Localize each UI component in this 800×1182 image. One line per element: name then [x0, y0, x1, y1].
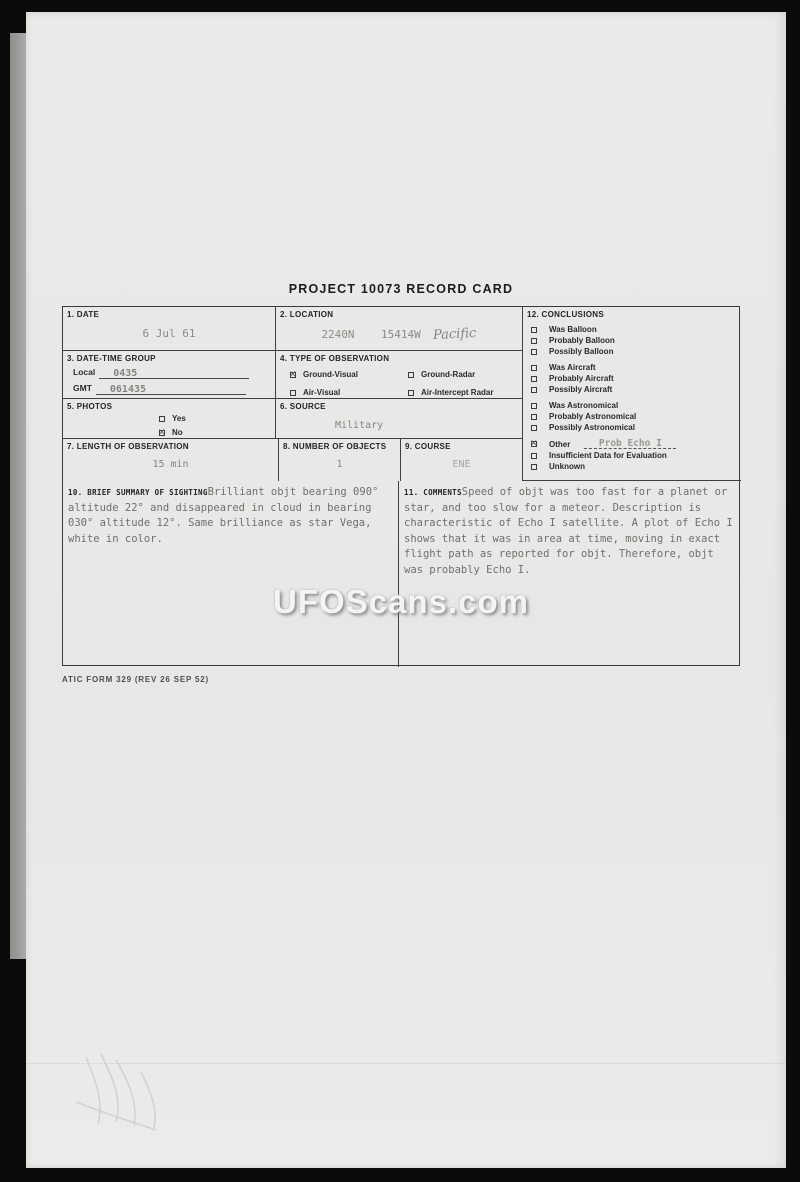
- checkbox-air-intercept-radar: [408, 390, 414, 396]
- conclusion-possibly-aircraft: Possibly Aircraft: [531, 385, 737, 394]
- checkbox-photos-no: [159, 430, 165, 436]
- conclusion-label: Was Astronomical: [549, 401, 618, 410]
- conclusion-label: Insufficient Data for Evaluation: [549, 451, 667, 460]
- checkbox-other: [531, 441, 537, 447]
- scanned-document: PROJECT 10073 RECORD CARD 1. DATE 6 Jul …: [0, 0, 800, 1182]
- field-photos: 5. PHOTOS Yes No: [63, 399, 276, 439]
- field-summary-label: 10. BRIEF SUMMARY OF SIGHTING: [68, 488, 208, 497]
- field-date-time-group: 3. DATE-TIME GROUP Local0435 GMT061435: [63, 351, 276, 399]
- checkbox-probably-balloon: [531, 338, 537, 344]
- field-location-coords: 2240N 15414W: [321, 328, 420, 341]
- conclusion-other-value: Prob Echo I: [584, 439, 676, 449]
- field-numobj-label: 8. NUMBER OF OBJECTS: [283, 442, 396, 451]
- option-label: Air-Intercept Radar: [421, 388, 493, 397]
- conclusion-label: Probably Balloon: [549, 336, 615, 345]
- field-type-of-observation: 4. TYPE OF OBSERVATION Ground-Visual Gro…: [276, 351, 523, 399]
- field-course: 9. COURSE ENE: [401, 439, 523, 481]
- option-photos-no: No: [159, 428, 271, 437]
- dtg-local-label: Local: [73, 367, 95, 377]
- dtg-gmt-label: GMT: [73, 383, 92, 393]
- conclusion-was-aircraft: Was Aircraft: [531, 363, 737, 372]
- field-photos-label: 5. PHOTOS: [67, 402, 271, 411]
- option-label: Ground-Visual: [303, 370, 358, 379]
- field-source-value: Military: [335, 420, 518, 431]
- conclusion-probably-astronomical: Probably Astronomical: [531, 412, 737, 421]
- checkbox-possibly-aircraft: [531, 387, 537, 393]
- field-comments-label: 11. COMMENTS: [404, 488, 462, 497]
- checkbox-possibly-balloon: [531, 349, 537, 355]
- conclusion-label: Probably Astronomical: [549, 412, 636, 421]
- field-source-label: 6. SOURCE: [280, 402, 518, 411]
- field-course-label: 9. COURSE: [405, 442, 518, 451]
- option-photos-yes: Yes: [159, 414, 271, 423]
- conclusion-other: OtherProb Echo I: [531, 439, 737, 449]
- field-dtg-label: 3. DATE-TIME GROUP: [67, 354, 271, 363]
- conclusion-label: Unknown: [549, 462, 585, 471]
- field-comments-text: Speed of objt was too fast for a planet …: [404, 486, 733, 576]
- field-brief-summary: 10. BRIEF SUMMARY OF SIGHTINGBrilliant o…: [63, 481, 399, 667]
- conclusion-was-astronomical: Was Astronomical: [531, 401, 737, 410]
- field-comments: 11. COMMENTSSpeed of objt was too fast f…: [399, 481, 741, 667]
- option-air-intercept-radar: Air-Intercept Radar: [408, 388, 518, 397]
- dtg-local-value: 0435: [113, 368, 137, 379]
- watermark: UFOScans.com: [62, 583, 740, 621]
- field-source: 6. SOURCE Military: [276, 399, 523, 439]
- page-title: PROJECT 10073 RECORD CARD: [62, 282, 740, 296]
- conclusion-was-balloon: Was Balloon: [531, 325, 737, 334]
- field-length-value: 15 min: [67, 459, 274, 470]
- field-date-label: 1. DATE: [67, 310, 271, 319]
- checkbox-insufficient-data: [531, 453, 537, 459]
- field-location-handwritten: Pacific: [433, 326, 477, 343]
- conclusion-label: Possibly Aircraft: [549, 385, 612, 394]
- checkbox-possibly-astronomical: [531, 425, 537, 431]
- option-label: Air-Visual: [303, 388, 340, 397]
- conclusion-label: Possibly Astronomical: [549, 423, 635, 432]
- field-conclusions-label: 12. CONCLUSIONS: [527, 310, 737, 319]
- pencil-scribbles: [46, 1042, 266, 1142]
- checkbox-was-balloon: [531, 327, 537, 333]
- conclusion-label: Was Aircraft: [549, 363, 596, 372]
- field-date: 1. DATE 6 Jul 61: [63, 307, 276, 351]
- field-location-label: 2. LOCATION: [280, 310, 518, 319]
- option-label: Ground-Radar: [421, 370, 475, 379]
- record-card-page: PROJECT 10073 RECORD CARD 1. DATE 6 Jul …: [26, 12, 786, 1168]
- field-length-of-observation: 7. LENGTH OF OBSERVATION 15 min: [63, 439, 279, 481]
- option-ground-radar: Ground-Radar: [408, 370, 518, 379]
- checkbox-probably-astronomical: [531, 414, 537, 420]
- checkbox-ground-radar: [408, 372, 414, 378]
- conclusion-probably-aircraft: Probably Aircraft: [531, 374, 737, 383]
- option-air-visual: Air-Visual: [290, 388, 408, 397]
- field-date-value: 6 Jul 61: [67, 327, 271, 340]
- conclusion-label: Was Balloon: [549, 325, 597, 334]
- option-label: No: [172, 428, 183, 437]
- conclusion-label: Other: [549, 440, 570, 449]
- field-type-label: 4. TYPE OF OBSERVATION: [280, 354, 518, 363]
- dtg-gmt-value: 061435: [110, 384, 146, 395]
- checkbox-air-visual: [290, 390, 296, 396]
- checkbox-ground-visual: [290, 372, 296, 378]
- checkbox-photos-yes: [159, 416, 165, 422]
- field-course-value: ENE: [405, 459, 518, 470]
- field-length-label: 7. LENGTH OF OBSERVATION: [67, 442, 274, 451]
- conclusion-label: Possibly Balloon: [549, 347, 613, 356]
- option-label: Yes: [172, 414, 186, 423]
- conclusion-probably-balloon: Probably Balloon: [531, 336, 737, 345]
- field-location: 2. LOCATION 2240N 15414W Pacific: [276, 307, 523, 351]
- conclusion-unknown: Unknown: [531, 462, 737, 471]
- field-numobj-value: 1: [283, 459, 396, 470]
- form-number: ATIC FORM 329 (REV 26 SEP 52): [62, 675, 209, 684]
- conclusion-possibly-astronomical: Possibly Astronomical: [531, 423, 737, 432]
- conclusion-insufficient-data: Insufficient Data for Evaluation: [531, 451, 737, 460]
- checkbox-unknown: [531, 464, 537, 470]
- checkbox-was-aircraft: [531, 365, 537, 371]
- checkbox-was-astronomical: [531, 403, 537, 409]
- field-conclusions: 12. CONCLUSIONS Was Balloon Probably Bal…: [523, 307, 741, 481]
- field-number-of-objects: 8. NUMBER OF OBJECTS 1: [279, 439, 401, 481]
- conclusion-possibly-balloon: Possibly Balloon: [531, 347, 737, 356]
- conclusion-label: Probably Aircraft: [549, 374, 614, 383]
- option-ground-visual: Ground-Visual: [290, 370, 408, 379]
- checkbox-probably-aircraft: [531, 376, 537, 382]
